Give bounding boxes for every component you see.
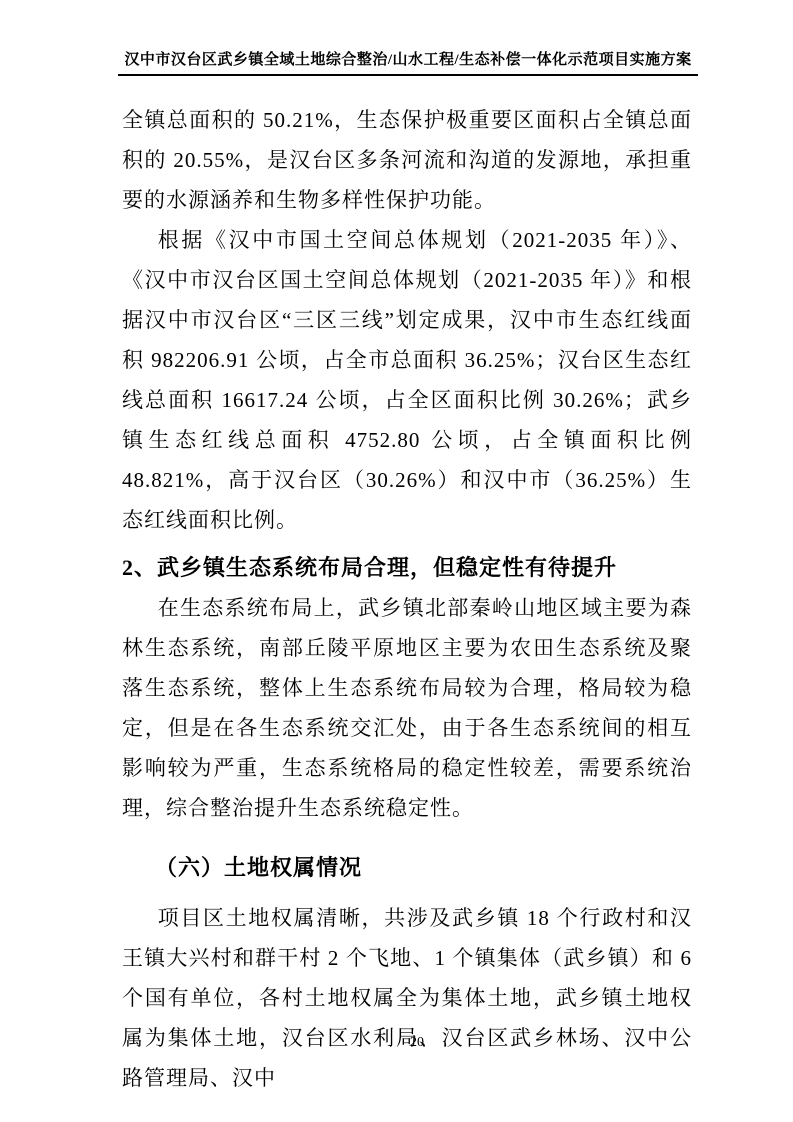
heading-land-ownership: （六）土地权属情况: [122, 848, 692, 888]
document-body: 全镇总面积的 50.21%，生态保护极重要区面积占全镇总面积的 20.55%，是…: [122, 100, 692, 1098]
header-title: 汉中市汉台区武乡镇全域土地综合整治/山水工程/生态补偿一体化示范项目实施方案: [124, 52, 691, 68]
paragraph-ecosystem-layout-detail: 在生态系统布局上，武乡镇北部秦岭山地区域主要为森林生态系统，南部丘陵平原地区主要…: [122, 588, 692, 828]
document-page: 汉中市汉台区武乡镇全域土地综合整治/山水工程/生态补偿一体化示范项目实施方案 全…: [0, 0, 793, 1122]
page-header: 汉中市汉台区武乡镇全域土地综合整治/山水工程/生态补偿一体化示范项目实施方案: [118, 50, 698, 76]
paragraph-land-ownership-detail: 项目区土地权属清晰，共涉及武乡镇 18 个行政村和汉王镇大兴村和群干村 2 个飞…: [122, 898, 692, 1098]
paragraph-ecological-redline-figures: 根据《汉中市国土空间总体规划（2021-2035 年）》、《汉中市汉台区国土空间…: [122, 220, 692, 540]
page-footer: 20: [122, 1033, 712, 1053]
paragraph-ecological-protection-area: 全镇总面积的 50.21%，生态保护极重要区面积占全镇总面积的 20.55%，是…: [122, 100, 692, 220]
heading-ecosystem-layout: 2、武乡镇生态系统布局合理，但稳定性有待提升: [122, 548, 692, 588]
page-number: 20: [410, 1035, 424, 1050]
